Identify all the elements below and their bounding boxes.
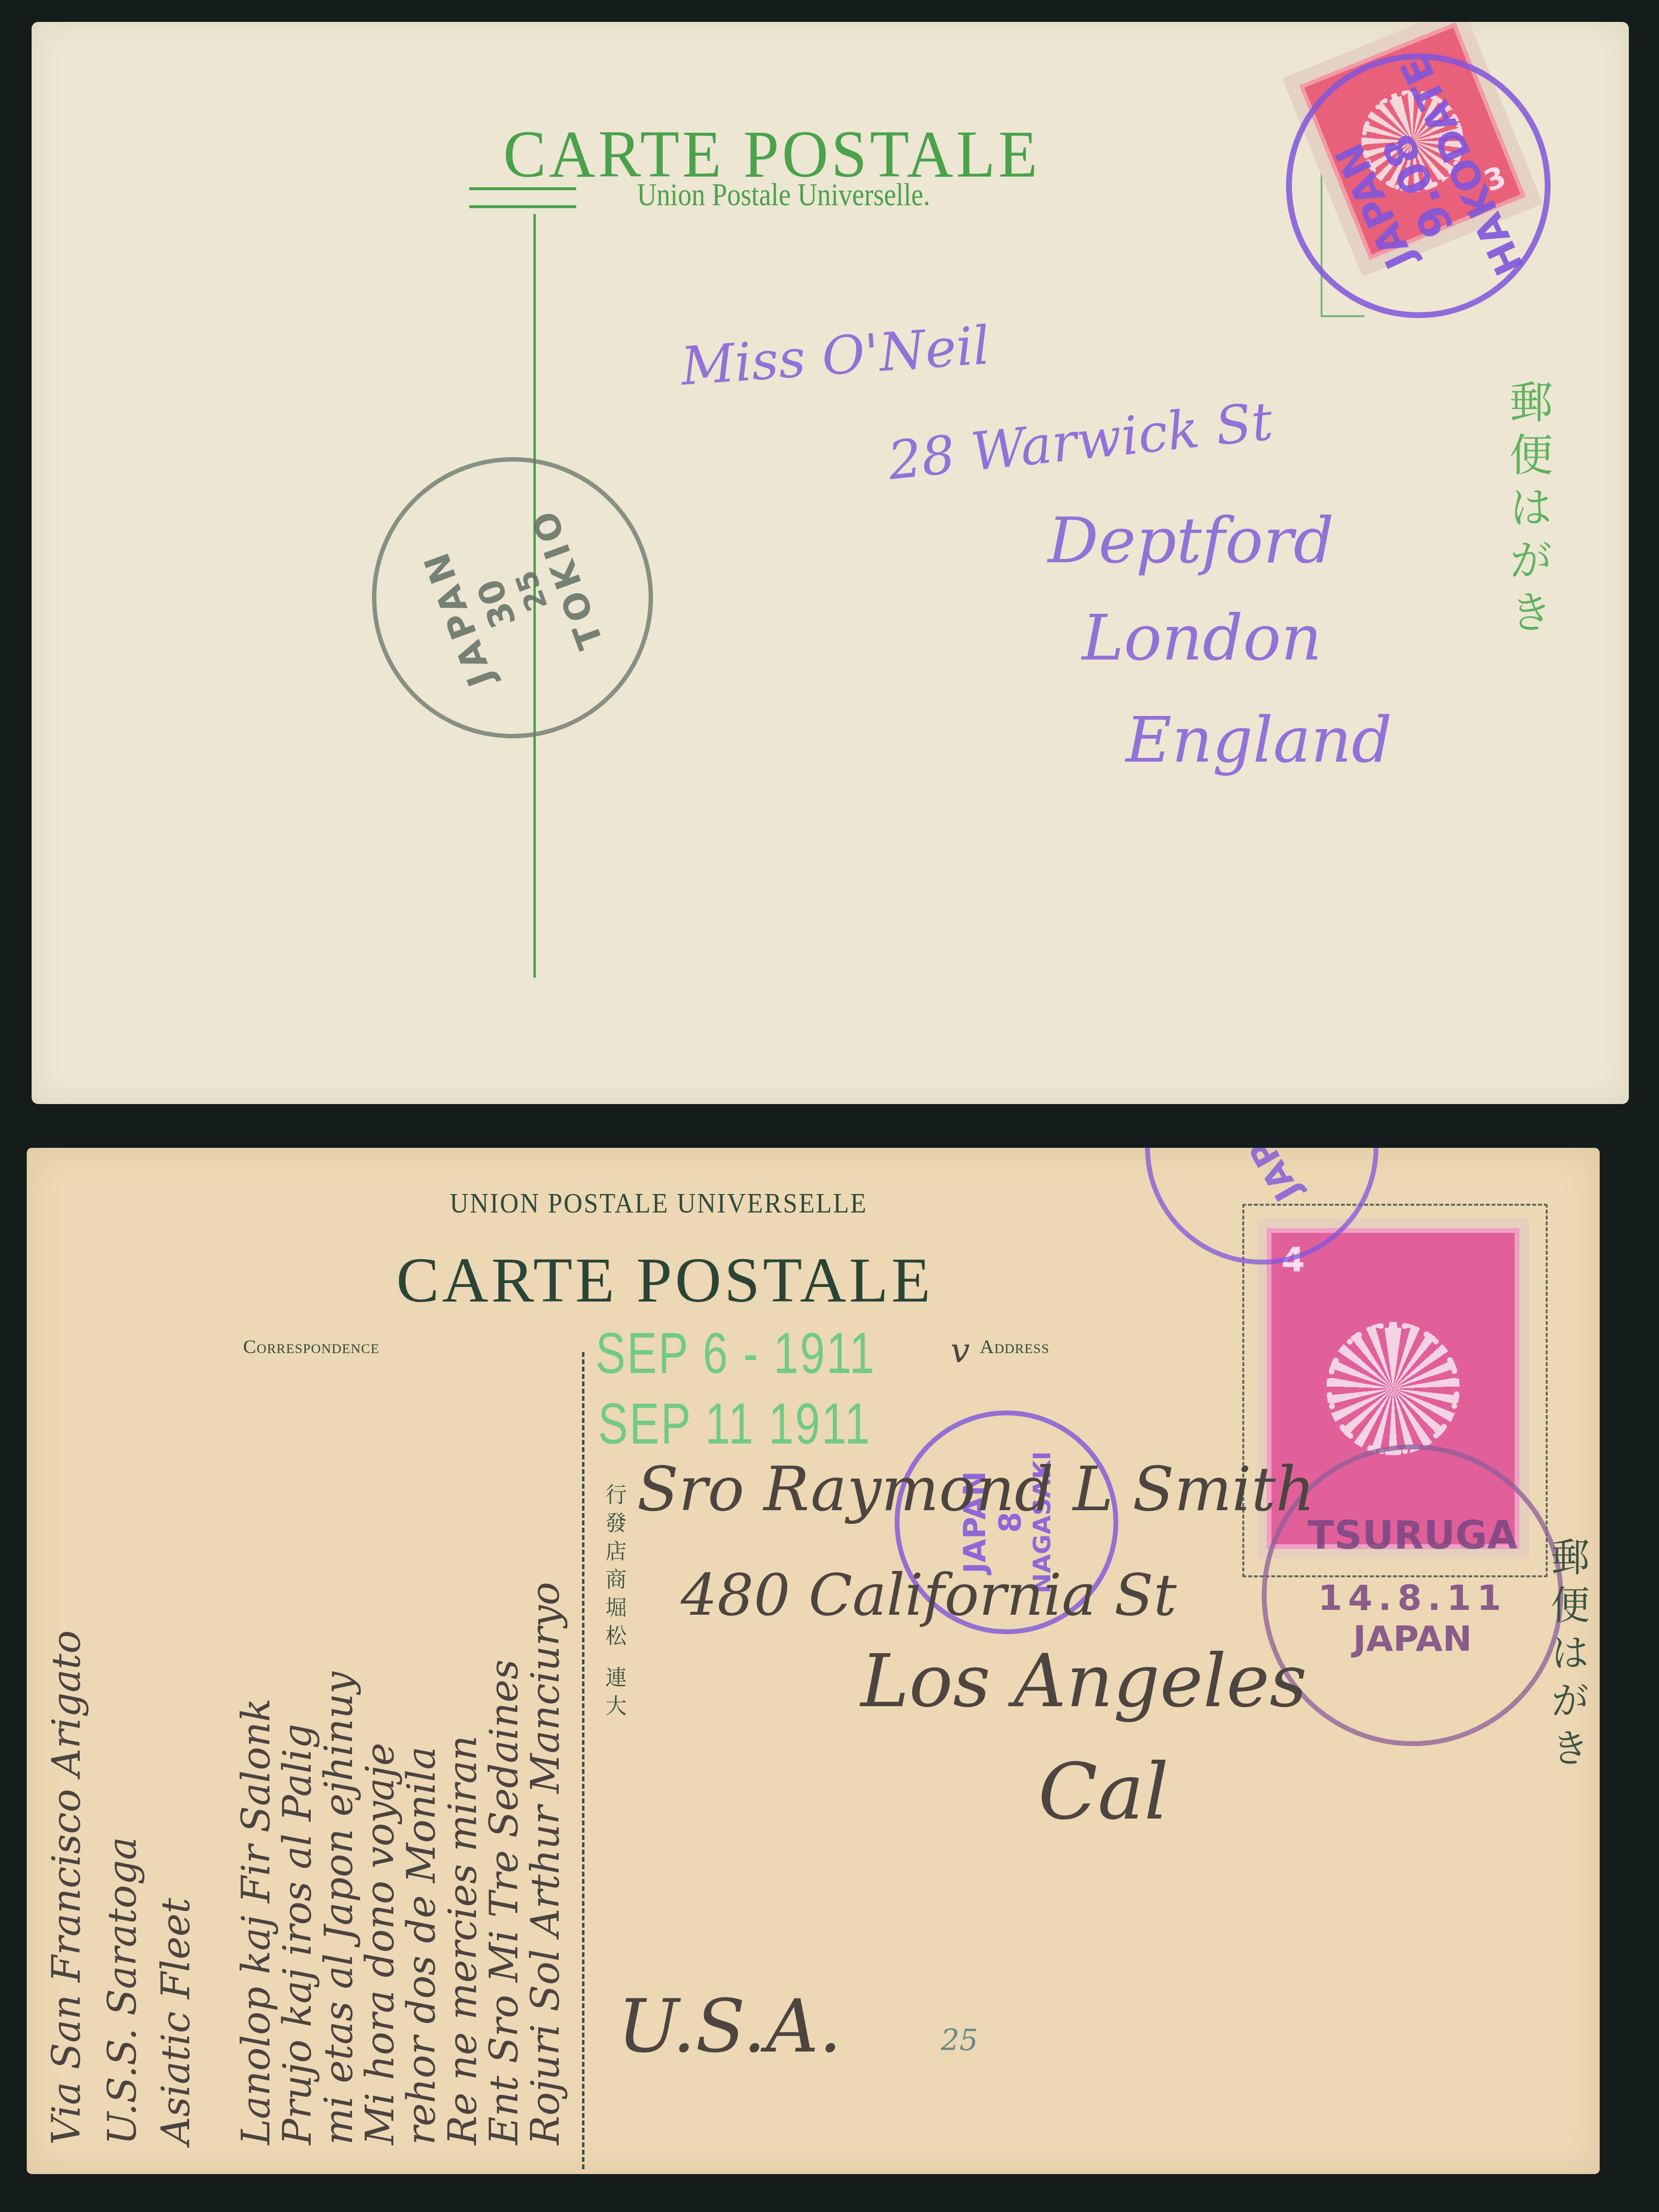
address-line: 480 California St (681, 1561, 1177, 1628)
address-line: Cal (1038, 1746, 1169, 1837)
card-subtitle: Union Postale Universelle. (637, 177, 930, 214)
japanese-postcard-label: 郵便はがき (1495, 379, 1558, 642)
correspondence-line: rehor dos de Monila (399, 1747, 444, 2145)
correspondence-line: Lanolop kaj Fir Salonk (233, 1698, 279, 2145)
address-line: Deptford (1048, 503, 1334, 577)
address-line: Miss O'Neil (679, 315, 991, 397)
address-line: Los Angeles (861, 1639, 1307, 1724)
address-line: Sro Raymond L Smith (637, 1454, 1315, 1525)
postcard-front-top: CARTE POSTALE Union Postale Universelle.… (32, 22, 1629, 1104)
correspondence-line: Via San Francisco Arigato (44, 1630, 89, 2145)
publisher-imprint: 行發店商堀松 連大 (598, 1483, 629, 1723)
japanese-postcard-label: 郵便はがき (1539, 1537, 1595, 1775)
address-line: England (1126, 703, 1392, 777)
correspondence-line: U.S.S. Saratoga (100, 1837, 145, 2145)
correspondence-line: Ent Sro Mi Tre Sedaines (481, 1659, 527, 2145)
divider-rule (469, 187, 576, 190)
correspondence-line: Re ne mercies miran (440, 1735, 485, 2145)
address-checkmark: v (951, 1330, 970, 1370)
correspondence-line: Mi hora dono voyaje (357, 1743, 403, 2145)
correspondence-line: mi etas al Japon ejhinuy (316, 1672, 361, 2145)
card-title: CARTE POSTALE (396, 1243, 934, 1317)
correspondence-line: Rojuri Sol Arthur Manciuryo (523, 1582, 568, 2145)
correspondence-line: Asiatic Fleet (153, 1898, 198, 2145)
received-stamp: SEP 11 1911 (598, 1391, 871, 1457)
correspondence-label: Correspondence (243, 1335, 379, 1358)
divider-dashed (582, 1352, 584, 2169)
chrysanthemum-icon (1326, 1322, 1460, 1455)
postcard-front-bottom: UNION POSTALE UNIVERSELLE CARTE POSTALE … (27, 1148, 1600, 2174)
postmark-tokio: JAPAN 30 25 TOKIO (333, 418, 693, 778)
correspondence-line: Prujo kaj iros al Palig (275, 1724, 320, 2145)
divider-rule (469, 205, 576, 208)
country-note: U.S.A. (618, 1984, 842, 2069)
pencil-note: 25 (941, 2023, 978, 2057)
address-label: Address (980, 1335, 1049, 1358)
card-header: UNION POSTALE UNIVERSELLE (450, 1187, 867, 1219)
address-line: London (1082, 601, 1322, 675)
address-line: 28 Warwick St (885, 391, 1276, 492)
stamp-box-line (1321, 315, 1364, 317)
received-stamp: SEP 6 - 1911 (596, 1320, 876, 1387)
